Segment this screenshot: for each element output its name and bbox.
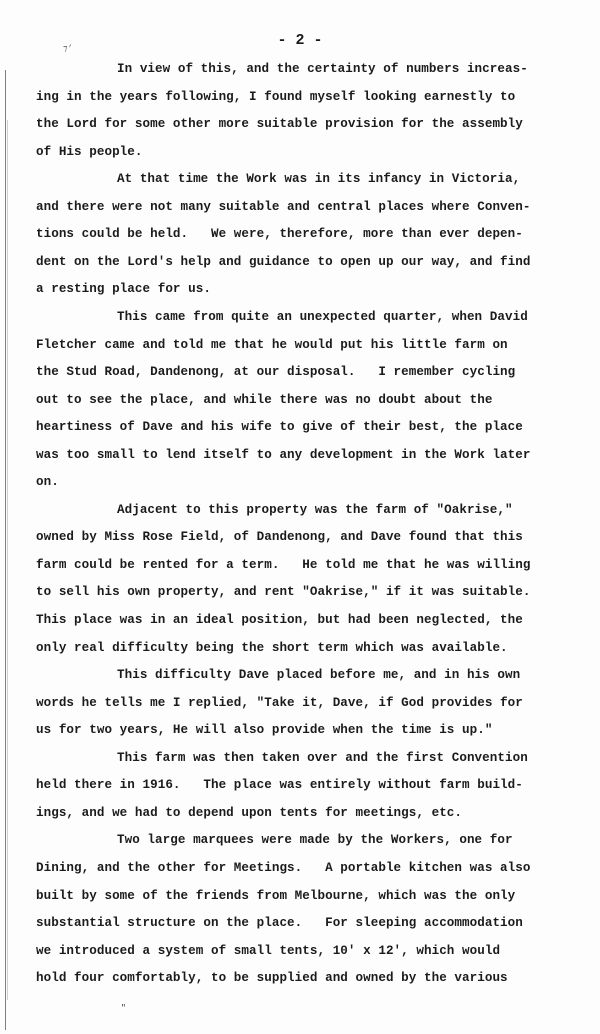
text-line: In view of this, and the certainty of nu…	[117, 62, 528, 76]
text-line: the Lord for some other more suitable pr…	[36, 117, 523, 131]
text-line: This difficulty Dave placed before me, a…	[117, 668, 520, 682]
text-line: ing in the years following, I found myse…	[36, 90, 515, 104]
text-line: hold four comfortably, to be supplied an…	[36, 971, 508, 985]
text-line: and there were not many suitable and cen…	[36, 200, 531, 214]
text-line: of His people.	[36, 145, 143, 159]
text-line: built by some of the friends from Melbou…	[36, 889, 515, 903]
text-line: At that time the Work was in its infancy…	[117, 172, 520, 186]
text-line: This farm was then taken over and the fi…	[117, 751, 528, 765]
text-line: held there in 1916. The place was entire…	[36, 778, 523, 792]
text-line: dent on the Lord's help and guidance to …	[36, 255, 531, 269]
text-line: ings, and we had to depend upon tents fo…	[36, 806, 462, 820]
document-page: ⁊’ - 2 - In view of this, and the certai…	[0, 0, 600, 1034]
text-line: us for two years, He will also provide w…	[36, 723, 492, 737]
text-line: farm could be rented for a term. He told…	[36, 558, 531, 572]
text-line: tions could be held. We were, therefore,…	[36, 227, 523, 241]
text-line: Fletcher came and told me that he would …	[36, 338, 508, 352]
text-line: This came from quite an unexpected quart…	[117, 310, 528, 324]
text-line: Adjacent to this property was the farm o…	[117, 503, 513, 517]
stray-mark: "	[121, 1004, 126, 1013]
text-line: substantial structure on the place. For …	[36, 916, 523, 930]
binding-line-shadow	[7, 120, 8, 1000]
text-line: Dining, and the other for Meetings. A po…	[36, 861, 531, 875]
text-line: was too small to lend itself to any deve…	[36, 448, 531, 462]
text-line: to sell his own property, and rent "Oakr…	[36, 585, 531, 599]
text-line: the Stud Road, Dandenong, at our disposa…	[36, 365, 515, 379]
text-line: on.	[36, 475, 59, 489]
page-number: - 2 -	[0, 32, 600, 49]
text-line: out to see the place, and while there wa…	[36, 393, 492, 407]
binding-line	[5, 70, 6, 1030]
text-line: owned by Miss Rose Field, of Dandenong, …	[36, 530, 523, 544]
text-line: a resting place for us.	[36, 282, 211, 296]
text-line: This place was in an ideal position, but…	[36, 613, 523, 627]
text-line: words he tells me I replied, "Take it, D…	[36, 696, 523, 710]
text-line: Two large marquees were made by the Work…	[117, 833, 513, 847]
text-line: heartiness of Dave and his wife to give …	[36, 420, 523, 434]
text-line: only real difficulty being the short ter…	[36, 641, 508, 655]
text-line: we introduced a system of small tents, 1…	[36, 944, 500, 958]
